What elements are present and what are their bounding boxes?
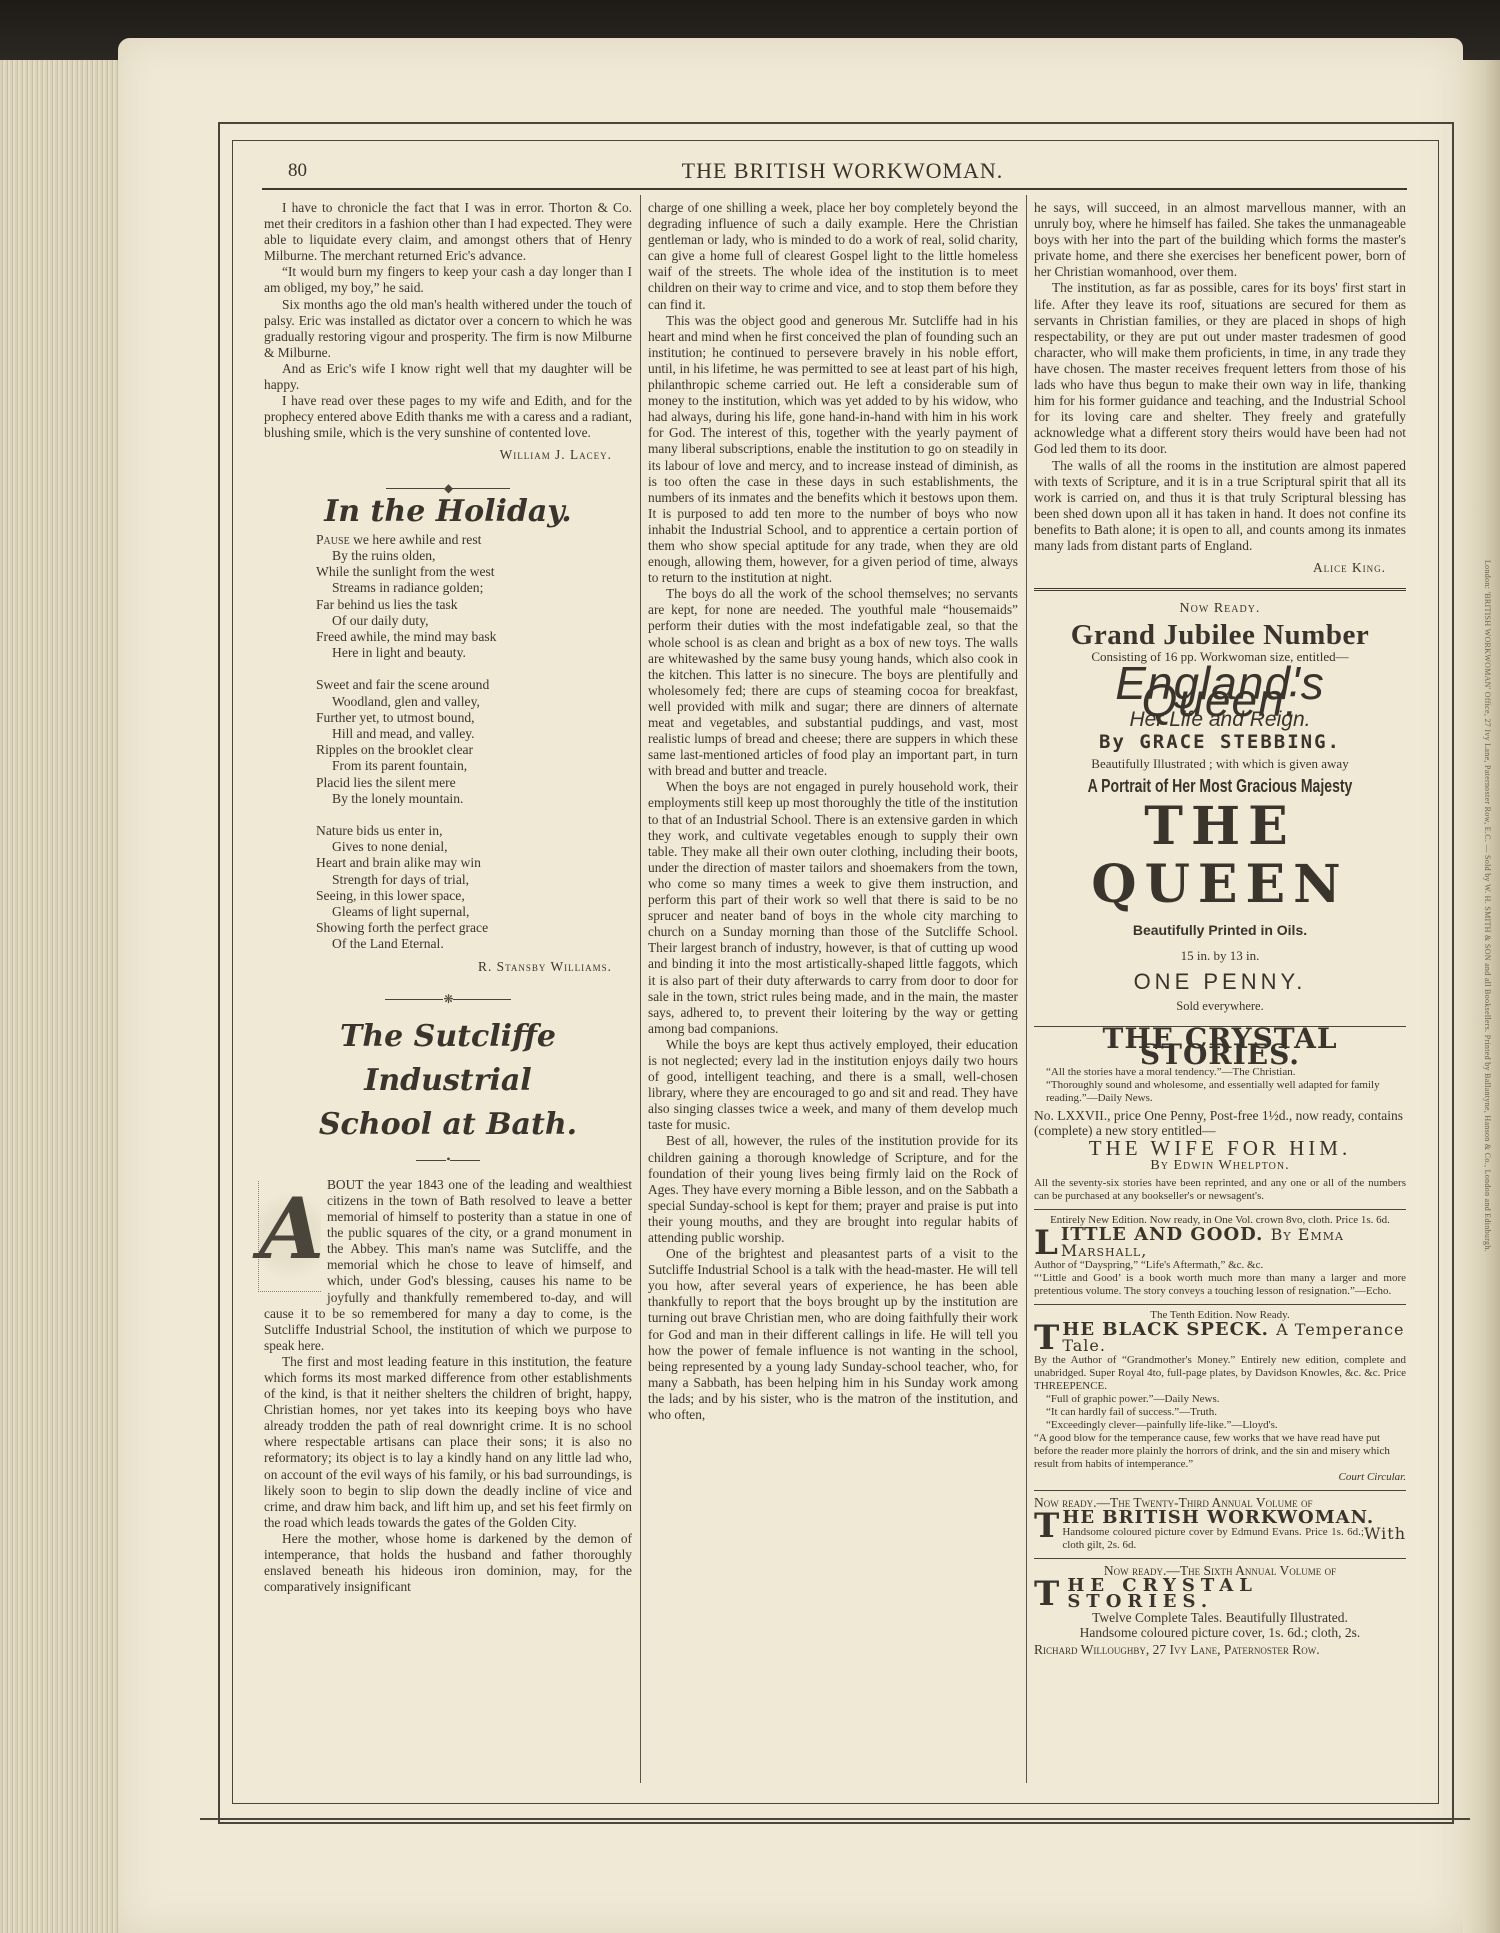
paragraph: The walls of all the rooms in the instit…	[1034, 458, 1406, 555]
poem-line: Of the Land Eternal.	[316, 936, 632, 952]
paragraph: he says, will succeed, in an almost marv…	[1034, 200, 1406, 280]
paragraph: The first and most leading feature in th…	[264, 1354, 632, 1531]
little-and-good-advertisement: Entirely New Edition. Now ready, in One …	[1034, 1214, 1406, 1298]
bottom-rule	[232, 1803, 1437, 1804]
ad-portrait: A Portrait of Her Most Gracious Majesty	[1075, 778, 1365, 794]
right-page-edge	[1463, 60, 1500, 1933]
paragraph: “It would burn my fingers to keep your c…	[264, 264, 632, 296]
ad-author-of: Author of “Dayspring,” “Life's Aftermath…	[1034, 1259, 1406, 1272]
ad-title: HE CRYSTAL STORIES.	[1067, 1575, 1258, 1612]
poem-line: Seeing, in this lower space,	[316, 888, 632, 904]
ad-title: HE BRITISH WORKWOMAN.	[1062, 1507, 1374, 1528]
jubilee-advertisement: Now Ready. Grand Jubilee Number Consisti…	[1034, 601, 1406, 1014]
poem-line: By the ruins olden,	[316, 548, 632, 564]
ad-book-title: England's Queen:	[1034, 675, 1406, 707]
ad-size: 15 in. by 13 in.	[1034, 948, 1406, 964]
ad-divider	[1034, 1558, 1406, 1559]
ad-review: “‘Little and Good’ is a book worth much …	[1034, 1272, 1406, 1298]
page-header: 80 THE BRITISH WORKWOMAN.	[260, 152, 1425, 192]
paragraph: I have read over these pages to my wife …	[264, 393, 632, 441]
ad-initial: T	[1034, 1580, 1065, 1608]
paragraph: Best of all, however, the rules of the i…	[648, 1133, 1018, 1246]
spine-imprint: London: 'BRITISH WORKWOMAN' Office, 27 I…	[1483, 560, 1492, 1252]
ad-line: Twelve Complete Tales. Beautifully Illus…	[1034, 1610, 1406, 1625]
header-rule	[262, 188, 1407, 190]
ad-quote: “Thoroughly sound and wholesome, and ess…	[1034, 1079, 1406, 1105]
ad-quote: “Exceedingly clever—painfully life-like.…	[1034, 1419, 1406, 1432]
ad-sold: Sold everywhere.	[1034, 998, 1406, 1014]
story-ending: I have to chronicle the fact that I was …	[264, 200, 632, 464]
poem-first-word: Pause	[316, 532, 350, 547]
ad-price: ONE PENNY.	[1034, 974, 1406, 990]
ad-divider	[1034, 588, 1406, 591]
ad-with: With	[1364, 1526, 1406, 1542]
ad-subtitle: Her Life and Reign.	[1034, 712, 1406, 728]
poem-line: Freed awhile, the mind may bask	[316, 629, 632, 645]
stanza: Sweet and fair the scene around Woodland…	[316, 677, 632, 807]
paragraph: The institution, as far as possible, car…	[1034, 280, 1406, 457]
poem-line: Streams in radiance golden;	[316, 580, 632, 596]
column-3: he says, will succeed, in an almost marv…	[1034, 200, 1406, 1657]
poem-line: Nature bids us enter in,	[316, 823, 632, 839]
ad-headline: THE CRYSTAL STORIES.	[1034, 1031, 1406, 1063]
article-title: The Sutcliffe Industrial School at Bath.	[264, 1015, 632, 1147]
poem-line: From its parent fountain,	[316, 758, 632, 774]
ad-description: By the Author of “Grandmother's Money.” …	[1034, 1354, 1406, 1393]
ad-initial: L	[1034, 1229, 1059, 1257]
ad-quote: “Full of graphic power.”—Daily News.	[1034, 1393, 1406, 1406]
ad-description: Handsome coloured picture cover by Edmun…	[1034, 1526, 1406, 1552]
poem-line: Placid lies the silent mere	[316, 775, 632, 791]
article-sutcliffe: The Sutcliffe Industrial School at Bath.…	[264, 1015, 632, 1596]
publisher-address: Richard Willoughby, 27 Ivy Lane, Paterno…	[1034, 1642, 1406, 1657]
bottom-rule	[200, 1818, 1470, 1820]
ad-initial: T	[1034, 1324, 1060, 1352]
author-signature: William J. Lacey.	[264, 447, 632, 463]
sixth-volume-advertisement: Now ready.—The Sixth Annual Volume of TH…	[1034, 1563, 1406, 1657]
ad-divider	[1034, 1304, 1406, 1305]
black-speck-advertisement: The Tenth Edition. Now Ready. THE BLACK …	[1034, 1309, 1406, 1484]
ad-quote: “A good blow for the temperance cause, f…	[1034, 1432, 1406, 1471]
article-title-line: The Sutcliffe Industrial	[340, 1019, 556, 1098]
poem-line: Heart and brain alike may win	[316, 855, 632, 871]
poem-line: Further yet, to utmost bound,	[316, 710, 632, 726]
ad-issue: No. LXXVII., price One Penny, Post-free …	[1034, 1108, 1406, 1138]
poem-line: Here in light and beauty.	[316, 645, 632, 661]
ad-quote-source: Court Circular.	[1034, 1471, 1406, 1484]
paragraph: One of the brightest and pleasantest par…	[648, 1246, 1018, 1423]
stanza: Pause we here awhile and rest By the rui…	[316, 532, 632, 662]
ad-story-title: THE WIFE FOR HIM.	[1034, 1140, 1406, 1156]
article-author: Alice King.	[1034, 560, 1406, 576]
column-2: charge of one shilling a week, place her…	[648, 200, 1018, 1423]
poem-line: Of our daily duty,	[316, 613, 632, 629]
poem: In the Holiday. Pause we here awhile and…	[264, 504, 632, 975]
ad-printed: Beautifully Printed in Oils.	[1034, 922, 1406, 938]
ad-headline: Grand Jubilee Number	[1034, 627, 1406, 643]
ad-author: By GRACE STEBBING.	[1034, 734, 1406, 750]
ad-reprinted: All the seventy-six stories have been re…	[1034, 1177, 1406, 1203]
poem-line: Gives to none denial,	[316, 839, 632, 855]
section-ornament-icon: ❋	[264, 991, 632, 1007]
ad-line: Handsome coloured picture cover, 1s. 6d.…	[1034, 1625, 1406, 1640]
paragraph: I have to chronicle the fact that I was …	[264, 200, 632, 264]
poem-line: Sweet and fair the scene around	[316, 677, 632, 693]
paragraph: When the boys are not engaged in purely …	[648, 779, 1018, 1037]
poem-line: Showing forth the perfect grace	[316, 920, 632, 936]
paragraph: Here the mother, whose home is darkened …	[264, 1531, 632, 1595]
paragraph: The boys do all the work of the school t…	[648, 586, 1018, 779]
column-divider-2	[1026, 195, 1027, 1783]
ad-quote: “It can hardly fail of success.”—Truth.	[1034, 1406, 1406, 1419]
poem-line: While the sunlight from the west	[316, 564, 632, 580]
article-title-line: School at Bath.	[319, 1107, 577, 1142]
small-ornament-icon: •	[264, 1151, 632, 1167]
column-1: I have to chronicle the fact that I was …	[264, 200, 632, 1595]
poem-line: Hill and mead, and valley.	[316, 726, 632, 742]
poem-title: In the Holiday.	[264, 504, 632, 520]
ad-story-author: By Edwin Whelpton.	[1034, 1158, 1406, 1174]
poem-line: Woodland, glen and valley,	[316, 694, 632, 710]
column-divider-1	[640, 195, 641, 1783]
ad-divider	[1034, 1209, 1406, 1210]
crystal-stories-advertisement: THE CRYSTAL STORIES. “All the stories ha…	[1034, 1031, 1406, 1202]
page-stack-edge	[0, 60, 130, 1933]
poem-line: Far behind us lies the task	[316, 597, 632, 613]
poem-line: Ripples on the brooklet clear	[316, 742, 632, 758]
ad-quote: “All the stories have a moral tendency.”…	[1034, 1066, 1406, 1079]
running-title: THE BRITISH WORKWOMAN.	[260, 158, 1425, 184]
paragraph: charge of one shilling a week, place her…	[648, 200, 1018, 313]
ad-divider	[1034, 1490, 1406, 1491]
poem-body: Pause we here awhile and rest By the rui…	[316, 532, 632, 953]
paragraph: Six months ago the old man's health with…	[264, 297, 632, 361]
paragraph: This was the object good and generous Mr…	[648, 313, 1018, 587]
poem-line: Gleams of light supernal,	[316, 904, 632, 920]
ad-initial: T	[1034, 1512, 1060, 1540]
poem-line: we here awhile and rest	[350, 532, 482, 547]
poem-line: By the lonely mountain.	[316, 791, 632, 807]
ad-the-queen: THE QUEEN	[1034, 798, 1406, 914]
stanza: Nature bids us enter in, Gives to none d…	[316, 823, 632, 953]
paragraph: And as Eric's wife I know right well tha…	[264, 361, 632, 393]
ad-illustrated: Beautifully Illustrated ; with which is …	[1034, 756, 1406, 772]
paragraph: While the boys are kept thus actively em…	[648, 1037, 1018, 1134]
annual-volume-advertisement: Now ready.—The Twenty-Third Annual Volum…	[1034, 1495, 1406, 1552]
poem-author: R. Stansby Williams.	[264, 959, 632, 975]
illuminated-initial-icon: A	[258, 1181, 321, 1292]
poem-line: Strength for days of trial,	[316, 872, 632, 888]
ad-now-ready: Now Ready.	[1034, 601, 1406, 617]
